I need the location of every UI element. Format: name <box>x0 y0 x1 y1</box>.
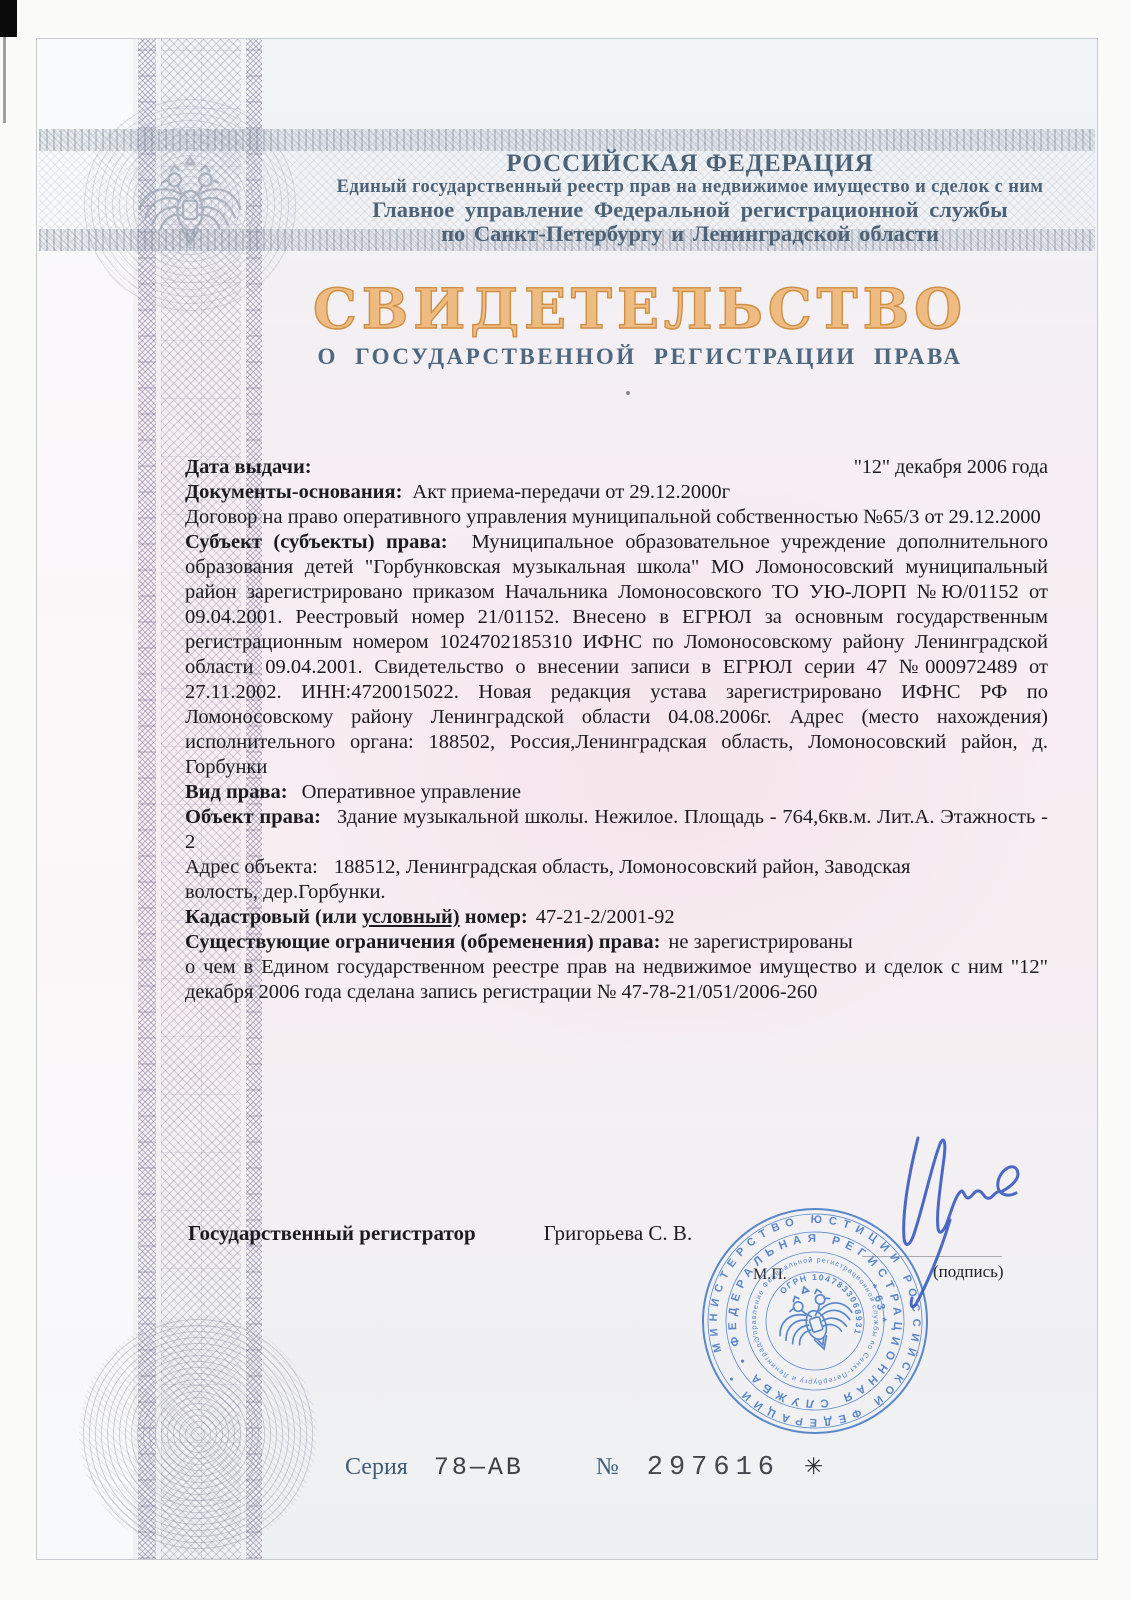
registrar-row: Государственный регистратор Григорьева С… <box>188 1221 692 1246</box>
right-type-label: Вид права: <box>185 781 288 803</box>
registry-record: о чем в Едином государственном реестре п… <box>185 955 1048 1005</box>
serial-number-row: Серия78—АВ№297616✳ <box>345 1453 823 1483</box>
subject-label: Субъект (субъекты) права: <box>185 531 448 553</box>
number-sign: № <box>596 1454 619 1480</box>
right-type-value: Оперативное управление <box>302 781 521 803</box>
cadastral-label-end: номер: <box>460 906 528 928</box>
subject-text: Муниципальное образовательное учреждение… <box>185 531 1048 778</box>
right-type-row: Вид права:Оперативное управление <box>185 780 1048 805</box>
restrictions-row: Существующие ограничения (обременения) п… <box>185 930 1048 955</box>
basis-doc2: Договор на право оперативного управления… <box>185 505 1048 530</box>
restrictions-label: Существующие ограничения (обременения) п… <box>185 931 660 953</box>
subject-of-right: Субъект (субъекты) права:Муниципальное о… <box>185 530 1048 780</box>
header-authority-line1: Главное управление Федеральной регистрац… <box>285 198 1095 222</box>
registrar-signature <box>880 1128 1040 1324</box>
scan-edge-line <box>3 37 6 123</box>
registrar-label: Государственный регистратор <box>188 1221 476 1246</box>
certificate-body: Дата выдачи: "12" декабря 2006 года Доку… <box>185 455 1048 1005</box>
basis-documents: Документы-основания:Акт приема-передачи … <box>185 480 1048 530</box>
basis-label: Документы-основания: <box>185 481 402 503</box>
cadastral-label: Кадастровый (или <box>185 906 362 928</box>
issue-date-row: Дата выдачи: "12" декабря 2006 года <box>185 455 1048 480</box>
scan-corner-artifact <box>0 0 17 37</box>
ink-dot <box>626 391 630 395</box>
scanned-certificate-page: РОССИЙСКАЯ ФЕДЕРАЦИЯ Единый государствен… <box>0 0 1131 1600</box>
asterisk-mark: ✳ <box>804 1454 823 1480</box>
object-label: Объект права: <box>185 806 321 828</box>
header-registry: Единый государственный реестр прав на не… <box>285 177 1095 198</box>
document-header: РОССИЙСКАЯ ФЕДЕРАЦИЯ Единый государствен… <box>285 150 1095 246</box>
restrictions-value: не зарегистрированы <box>668 931 852 953</box>
series-value: 78—АВ <box>434 1453 524 1482</box>
serial-number: 297616 <box>647 1453 780 1483</box>
registrar-name: Григорьева С. В. <box>544 1221 693 1246</box>
header-authority-line2: по Санкт-Петербургу и Ленинградской обла… <box>285 222 1095 246</box>
address-label: Адрес объекта: <box>185 856 318 878</box>
cadastral-label-underlined: условный) <box>362 906 460 928</box>
basis-doc1: Акт приема-передачи от 29.12.2000г <box>412 481 730 503</box>
double-headed-eagle-icon <box>120 125 260 285</box>
issue-date-value: "12" декабря 2006 года <box>854 455 1048 480</box>
header-country: РОССИЙСКАЯ ФЕДЕРАЦИЯ <box>285 150 1095 177</box>
series-label: Серия <box>345 1454 408 1480</box>
cadastral-value: 47-21-2/2001-92 <box>536 906 675 928</box>
issue-date-label: Дата выдачи: <box>185 455 312 480</box>
cadastral-number-row: Кадастровый (или условный) номер:47-21-2… <box>185 905 1048 930</box>
object-address: Адрес объекта:188512, Ленинградская обла… <box>185 855 985 905</box>
document-title: СВИДЕТЕЛЬСТВО <box>185 278 1095 340</box>
guilloche-rosette-bottom <box>79 1315 317 1553</box>
title-block: СВИДЕТЕЛЬСТВО О ГОСУДАРСТВЕННОЙ РЕГИСТРА… <box>185 278 1095 370</box>
document-subtitle: О ГОСУДАРСТВЕННОЙ РЕГИСТРАЦИИ ПРАВА <box>185 344 1095 370</box>
object-of-right: Объект права:Здание музыкальной школы. Н… <box>185 805 1048 855</box>
